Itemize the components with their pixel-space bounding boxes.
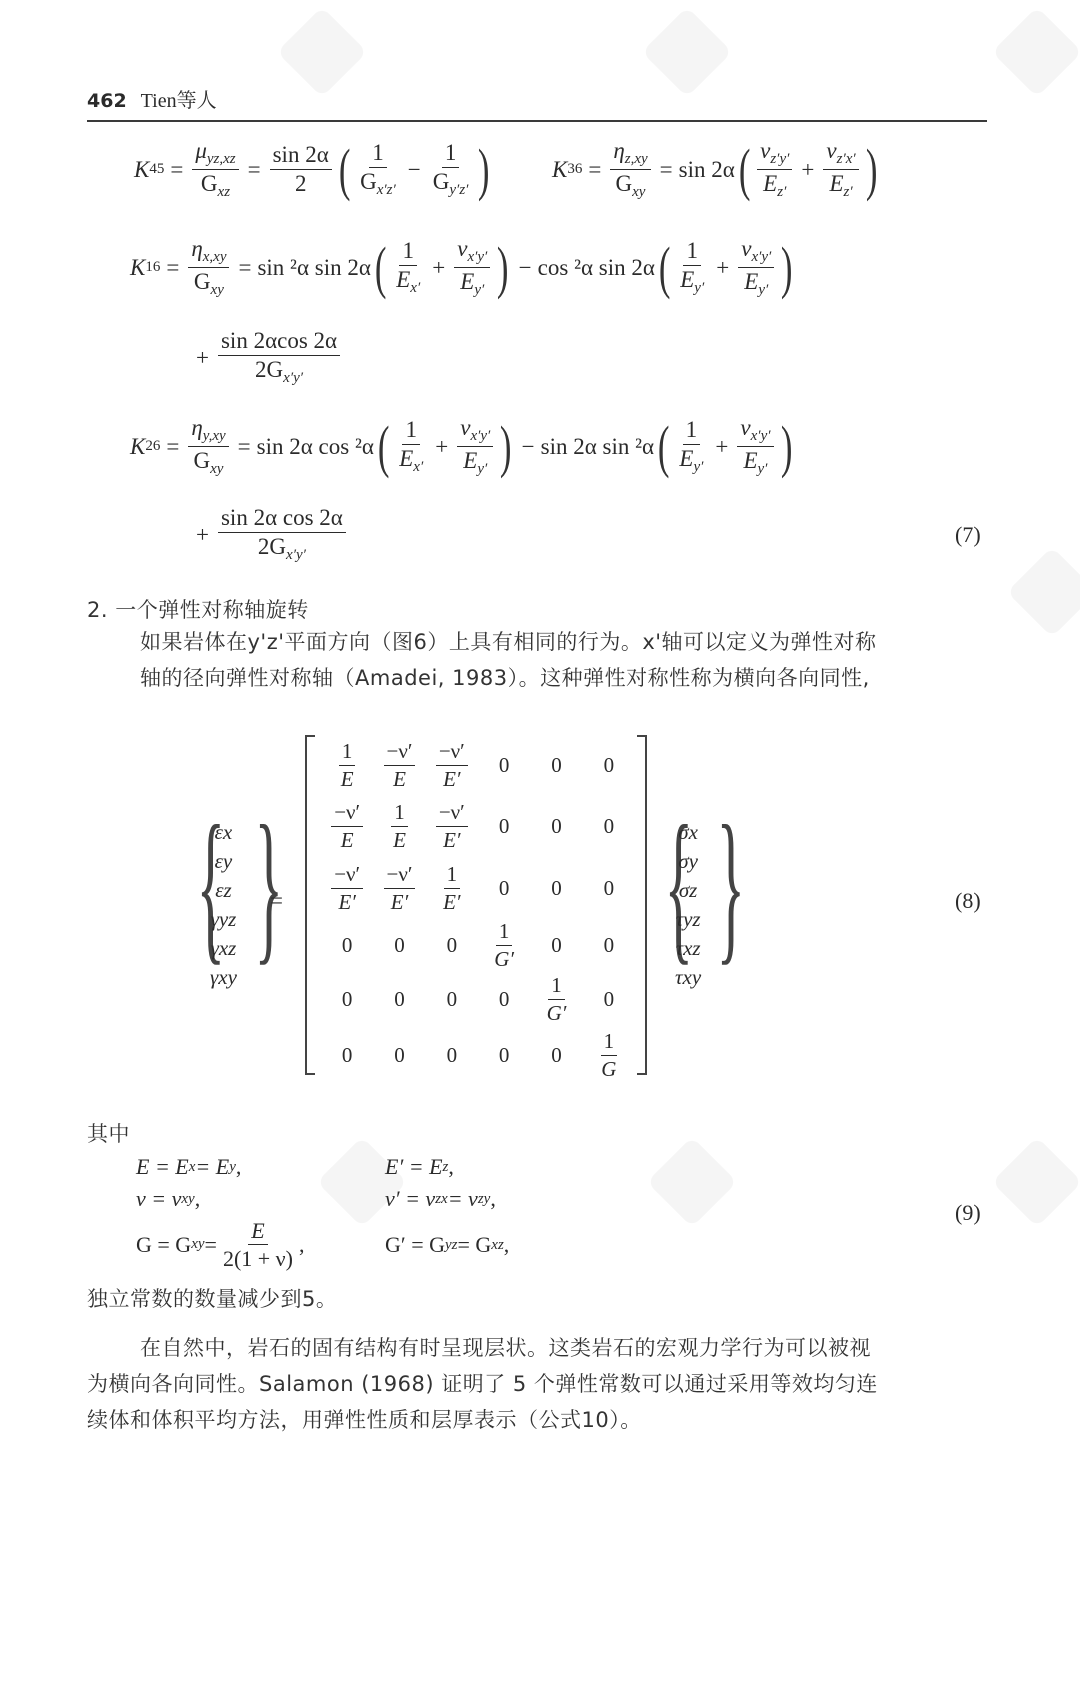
equation-k26: K26 = ηy,xyGxy = sin 2α cos ²α ( 1Ex′ + … [130, 415, 796, 479]
matrix-cell: 0 [394, 933, 405, 958]
matrix-cell: 1E [338, 739, 357, 790]
matrix-cell: 0 [604, 814, 615, 839]
matrix-cell: 1E′ [440, 862, 463, 913]
matrix-cell: 0 [604, 987, 615, 1012]
equation-k45: K45 = μyz,xzGxz = sin 2α2 ( 1Gx′z′ − 1Gy… [134, 138, 494, 202]
matrix-cell: 0 [447, 933, 458, 958]
header-rule [87, 120, 987, 122]
watermark-icon [317, 1137, 408, 1228]
watermark-icon [277, 7, 368, 98]
matrix-cell: 0 [342, 1043, 353, 1068]
reduced-constants-text: 独立常数的数量减少到5。 [87, 1283, 337, 1313]
paragraph-line: 续体和体积平均方法，用弹性性质和层厚表示（公式10）。 [87, 1404, 642, 1434]
equation-k16: K16 = ηx,xyGxy = sin ²α sin 2α ( 1Ex′ + … [130, 236, 797, 300]
strain-vector: εxεyεz γyzγxzγxy [210, 818, 237, 992]
matrix-cell: 0 [551, 876, 562, 901]
watermark-icon [1007, 547, 1080, 638]
matrix-cell: 0 [551, 814, 562, 839]
matrix-cell: 0 [551, 753, 562, 778]
matrix-cell: 0 [394, 1043, 405, 1068]
eq9-row2-left: ν = νxy, [136, 1186, 200, 1212]
stress-vector: σxσyσz τyzτxzτxy [675, 818, 701, 992]
equation-number-9: (9) [955, 1200, 981, 1226]
matrix-cell: 0 [604, 933, 615, 958]
eq9-row3-left: G = Gxy = E2(1 + ν), [136, 1218, 304, 1272]
where-label: 其中 [87, 1118, 130, 1148]
equals-sign: = [270, 888, 283, 914]
matrix-cell: −ν′E′ [384, 862, 416, 913]
equation-k16-continuation: + sin 2αcos 2α2Gx′y′ [190, 328, 343, 388]
compliance-matrix: 1E−ν′E−ν′E′000−ν′E1E−ν′E′000−ν′E′−ν′E′1E… [305, 735, 647, 1075]
eq9-row1-left: E = Ex = Ey, [136, 1154, 241, 1180]
matrix-cell: −ν′E [331, 800, 363, 851]
matrix-cell: 0 [447, 1043, 458, 1068]
eq9-row2-right: ν′ = νzx = νzy, [385, 1186, 496, 1212]
eq9-row3-right: G′ = Gyz = Gxz, [385, 1232, 509, 1258]
eq9-row1-right: E′ = Ez, [385, 1154, 454, 1180]
matrix-cell: 0 [342, 933, 353, 958]
matrix-cell: 0 [499, 876, 510, 901]
right-brace-icon: } [255, 800, 284, 970]
matrix-cell: 0 [499, 1043, 510, 1068]
paragraph-line: 如果岩体在y'z'平面方向（图6）上具有相同的行为。x'轴可以定义为弹性对称 [140, 626, 877, 656]
page-number: 462 [87, 90, 127, 112]
matrix-cell: 0 [342, 987, 353, 1012]
equation-k26-continuation: + sin 2α cos 2α2Gx′y′ [190, 505, 349, 565]
equation-k36: K36 = ηz,xyGxy = sin 2α ( νz′y′Ez′ + νz′… [552, 138, 881, 202]
matrix-cell: 0 [551, 933, 562, 958]
matrix-cell: −ν′E′ [331, 862, 363, 913]
watermark-icon [647, 1137, 738, 1228]
watermark-icon [992, 1137, 1080, 1228]
section-heading: 2. 一个弹性对称轴旋转 [87, 594, 309, 624]
matrix-cell: −ν′E [384, 739, 416, 790]
running-title: Tien等人 [141, 84, 217, 113]
matrix-cell: 0 [447, 987, 458, 1012]
matrix-cell: 0 [604, 753, 615, 778]
paragraph-line: 轴的径向弹性对称轴（Amadei, 1983）。这种弹性对称性称为横向各向同性, [140, 662, 870, 692]
matrix-cell: 0 [551, 1043, 562, 1068]
watermark-icon [642, 7, 733, 98]
matrix-cell: 1G′ [544, 973, 570, 1024]
matrix-cell: 0 [499, 753, 510, 778]
paragraph-line: 在自然中，岩石的固有结构有时呈现层状。这类岩石的宏观力学行为可以被视 [140, 1332, 871, 1362]
matrix-cell: 1E [390, 800, 409, 851]
matrix-cell: 0 [499, 814, 510, 839]
running-header: 462 Tien等人 [87, 84, 217, 113]
matrix-cell: 0 [604, 876, 615, 901]
equation-number-8: (8) [955, 888, 981, 914]
paragraph-line: 为横向各向同性。Salamon (1968) 证明了 5 个弹性常数可以通过采用… [87, 1368, 878, 1398]
matrix-cell: 1G′ [491, 919, 517, 970]
matrix-cell: 0 [499, 987, 510, 1012]
matrix-cell: 0 [394, 987, 405, 1012]
matrix-cell: −ν′E′ [436, 800, 468, 851]
equation-number-7: (7) [955, 522, 981, 548]
right-brace-icon: } [717, 800, 746, 970]
matrix-cell: 1G [598, 1029, 619, 1080]
watermark-icon [992, 7, 1080, 98]
matrix-cell: −ν′E′ [436, 739, 468, 790]
